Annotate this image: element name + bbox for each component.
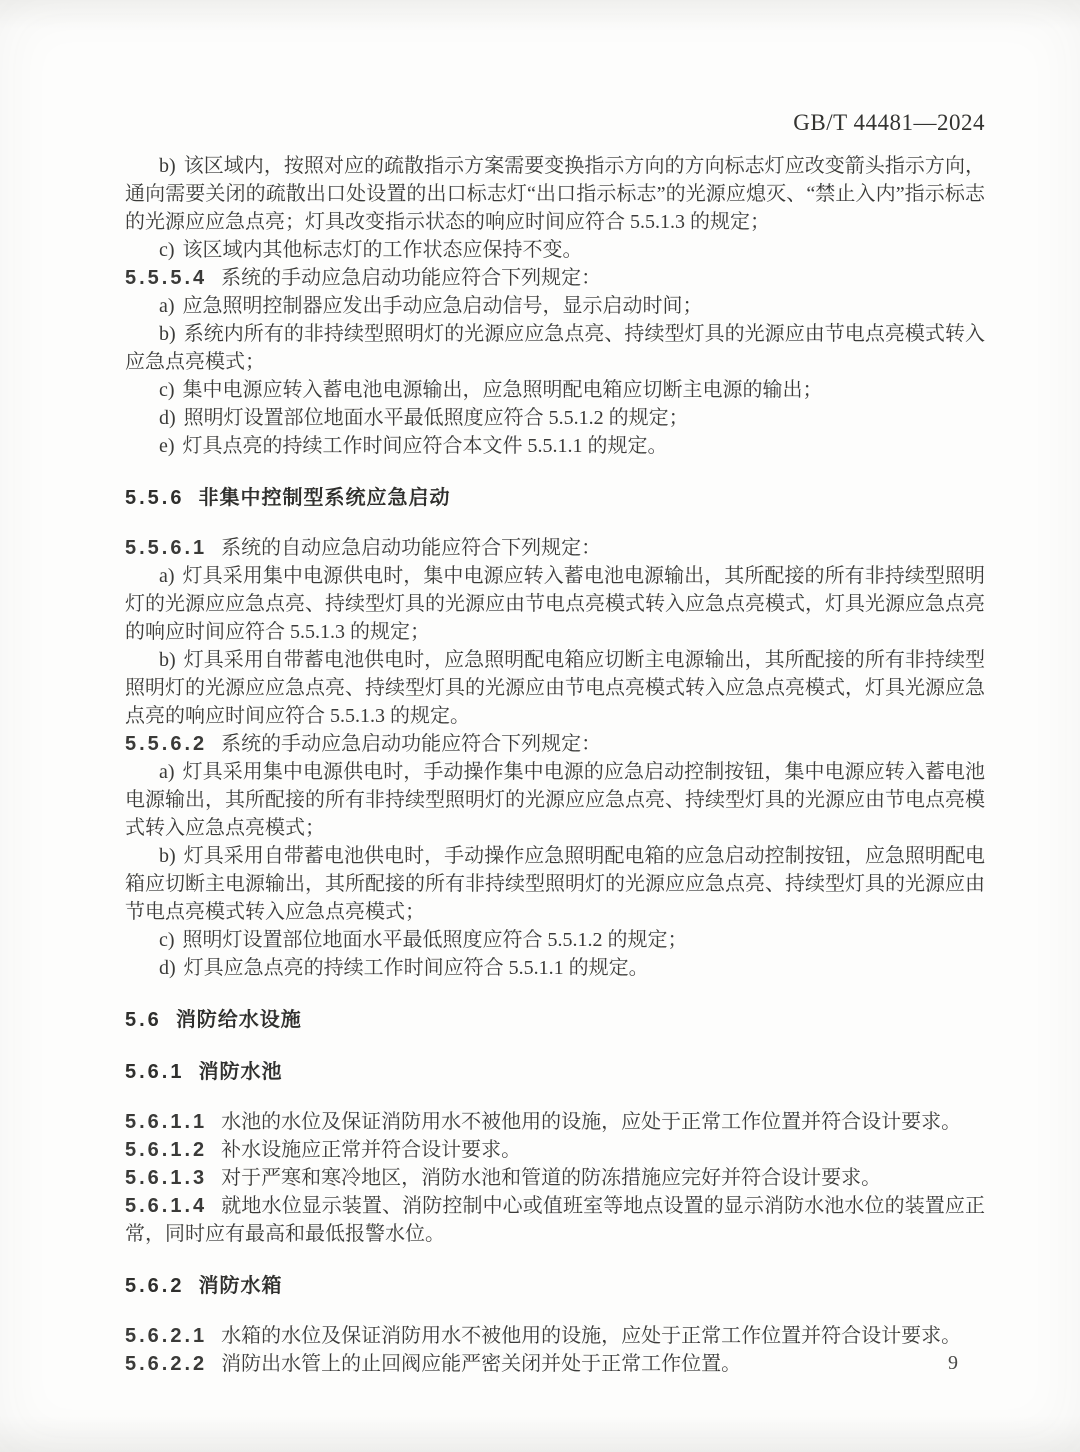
clause-number: 5.5.6.1 <box>125 537 221 559</box>
item-text: 照明灯设置部位地面水平最低照度应符合 5.5.1.2 的规定； <box>183 929 688 951</box>
item-marker: d) <box>159 407 184 429</box>
list-item: c)照明灯设置部位地面水平最低照度应符合 5.5.1.2 的规定； <box>125 926 985 954</box>
section-heading: 5.6.2消防水箱 <box>125 1272 985 1300</box>
clause-paragraph: 5.6.1.1水池的水位及保证消防用水不被他用的设施，应处于正常工作位置并符合设… <box>125 1108 985 1136</box>
clause-paragraph: 5.6.1.3对于严寒和寒冷地区，消防水池和管道的防冻措施应完好并符合设计要求。 <box>125 1164 985 1192</box>
item-text: 应急照明控制器应发出手动应急启动信号，显示启动时间； <box>183 295 703 317</box>
clause-number: 5.5.5.4 <box>125 267 221 289</box>
clause-paragraph: 5.5.6.1系统的自动应急启动功能应符合下列规定： <box>125 534 985 562</box>
item-marker: a) <box>159 565 183 587</box>
standard-code-header: GB/T 44481—2024 <box>793 110 985 136</box>
list-item: b)灯具采用自带蓄电池供电时，应急照明配电箱应切断主电源输出，其所配接的所有非持… <box>125 646 985 730</box>
item-text: 灯具点亮的持续工作时间应符合本文件 5.5.1.1 的规定。 <box>183 435 668 457</box>
item-text: 系统内所有的非持续型照明灯的光源应应急点亮、持续型灯具的光源应由节电点亮模式转入… <box>125 323 985 373</box>
section-title: 消防水箱 <box>198 1275 282 1297</box>
clause-text: 消防出水管上的止回阀应能严密关闭并处于正常工作位置。 <box>221 1353 741 1375</box>
list-item: b)该区域内，按照对应的疏散指示方案需要变换指示方向的方向标志灯应改变箭头指示方… <box>125 152 985 236</box>
section-heading: 5.6.1消防水池 <box>125 1058 985 1086</box>
list-item: d)灯具应急点亮的持续工作时间应符合 5.5.1.1 的规定。 <box>125 954 985 982</box>
list-item: b)灯具采用自带蓄电池供电时，手动操作应急照明配电箱的应急启动控制按钮，应急照明… <box>125 842 985 926</box>
item-text: 灯具应急点亮的持续工作时间应符合 5.5.1.1 的规定。 <box>184 957 649 979</box>
section-number: 5.6.1 <box>125 1061 198 1083</box>
section-number: 5.6 <box>125 1009 176 1031</box>
item-marker: e) <box>159 435 183 457</box>
list-item: a)灯具采用集中电源供电时，手动操作集中电源的应急启动控制按钮，集中电源应转入蓄… <box>125 758 985 842</box>
clause-text: 系统的自动应急启动功能应符合下列规定： <box>221 537 601 559</box>
clause-text: 对于严寒和寒冷地区，消防水池和管道的防冻措施应完好并符合设计要求。 <box>221 1167 881 1189</box>
list-item: d)照明灯设置部位地面水平最低照度应符合 5.5.1.2 的规定； <box>125 404 985 432</box>
clause-text: 水池的水位及保证消防用水不被他用的设施，应处于正常工作位置并符合设计要求。 <box>221 1111 961 1133</box>
list-item: a)灯具采用集中电源供电时，集中电源应转入蓄电池电源输出，其所配接的所有非持续型… <box>125 562 985 646</box>
section-title: 消防水池 <box>198 1061 282 1083</box>
clause-number: 5.6.1.1 <box>125 1111 221 1133</box>
clause-number: 5.5.6.2 <box>125 733 221 755</box>
clause-number: 5.6.2.1 <box>125 1325 221 1347</box>
clause-number: 5.6.1.3 <box>125 1167 221 1189</box>
item-text: 照明灯设置部位地面水平最低照度应符合 5.5.1.2 的规定； <box>184 407 689 429</box>
clause-text: 水箱的水位及保证消防用水不被他用的设施，应处于正常工作位置并符合设计要求。 <box>221 1325 961 1347</box>
item-marker: a) <box>159 761 183 783</box>
clause-text: 补水设施应正常并符合设计要求。 <box>221 1139 521 1161</box>
item-marker: c) <box>159 239 183 261</box>
item-text: 该区域内其他标志灯的工作状态应保持不变。 <box>183 239 583 261</box>
item-text: 灯具采用集中电源供电时，手动操作集中电源的应急启动控制按钮，集中电源应转入蓄电池… <box>125 761 985 839</box>
section-heading: 5.5.6非集中控制型系统应急启动 <box>125 484 985 512</box>
item-marker: b) <box>159 155 184 177</box>
clause-paragraph: 5.6.1.2补水设施应正常并符合设计要求。 <box>125 1136 985 1164</box>
clause-number: 5.6.1.2 <box>125 1139 221 1161</box>
item-marker: d) <box>159 957 184 979</box>
item-marker: a) <box>159 295 183 317</box>
document-body: b)该区域内，按照对应的疏散指示方案需要变换指示方向的方向标志灯应改变箭头指示方… <box>125 152 985 1378</box>
page-number: 9 <box>948 1352 958 1375</box>
item-marker: c) <box>159 379 183 401</box>
section-number: 5.6.2 <box>125 1275 198 1297</box>
item-marker: b) <box>159 649 184 671</box>
section-title: 非集中控制型系统应急启动 <box>198 487 450 509</box>
clause-text: 系统的手动应急启动功能应符合下列规定： <box>221 733 601 755</box>
clause-text: 系统的手动应急启动功能应符合下列规定： <box>221 267 601 289</box>
clause-paragraph: 5.6.1.4就地水位显示装置、消防控制中心或值班室等地点设置的显示消防水池水位… <box>125 1192 985 1248</box>
list-item: e)灯具点亮的持续工作时间应符合本文件 5.5.1.1 的规定。 <box>125 432 985 460</box>
list-item: a)应急照明控制器应发出手动应急启动信号，显示启动时间； <box>125 292 985 320</box>
list-item: c)该区域内其他标志灯的工作状态应保持不变。 <box>125 236 985 264</box>
clause-paragraph: 5.5.5.4系统的手动应急启动功能应符合下列规定： <box>125 264 985 292</box>
item-marker: c) <box>159 929 183 951</box>
clause-paragraph: 5.5.6.2系统的手动应急启动功能应符合下列规定： <box>125 730 985 758</box>
item-marker: b) <box>159 845 184 867</box>
clause-paragraph: 5.6.2.1水箱的水位及保证消防用水不被他用的设施，应处于正常工作位置并符合设… <box>125 1322 985 1350</box>
list-item: c)集中电源应转入蓄电池电源输出，应急照明配电箱应切断主电源的输出； <box>125 376 985 404</box>
item-text: 灯具采用自带蓄电池供电时，手动操作应急照明配电箱的应急启动控制按钮，应急照明配电… <box>125 845 985 923</box>
section-heading: 5.6消防给水设施 <box>125 1006 985 1034</box>
section-title: 消防给水设施 <box>176 1009 302 1031</box>
list-item: b)系统内所有的非持续型照明灯的光源应应急点亮、持续型灯具的光源应由节电点亮模式… <box>125 320 985 376</box>
item-text: 集中电源应转入蓄电池电源输出，应急照明配电箱应切断主电源的输出； <box>183 379 823 401</box>
item-text: 灯具采用集中电源供电时，集中电源应转入蓄电池电源输出，其所配接的所有非持续型照明… <box>125 565 985 643</box>
clause-number: 5.6.1.4 <box>125 1195 221 1217</box>
item-marker: b) <box>159 323 184 345</box>
clause-text: 就地水位显示装置、消防控制中心或值班室等地点设置的显示消防水池水位的装置应正常，… <box>125 1195 985 1245</box>
item-text: 灯具采用自带蓄电池供电时，应急照明配电箱应切断主电源输出，其所配接的所有非持续型… <box>125 649 985 727</box>
section-number: 5.5.6 <box>125 487 198 509</box>
document-page: GB/T 44481—2024 b)该区域内，按照对应的疏散指示方案需要变换指示… <box>0 0 1080 1452</box>
clause-number: 5.6.2.2 <box>125 1353 221 1375</box>
item-text: 该区域内，按照对应的疏散指示方案需要变换指示方向的方向标志灯应改变箭头指示方向，… <box>125 155 985 233</box>
clause-paragraph: 5.6.2.2消防出水管上的止回阀应能严密关闭并处于正常工作位置。 <box>125 1350 985 1378</box>
